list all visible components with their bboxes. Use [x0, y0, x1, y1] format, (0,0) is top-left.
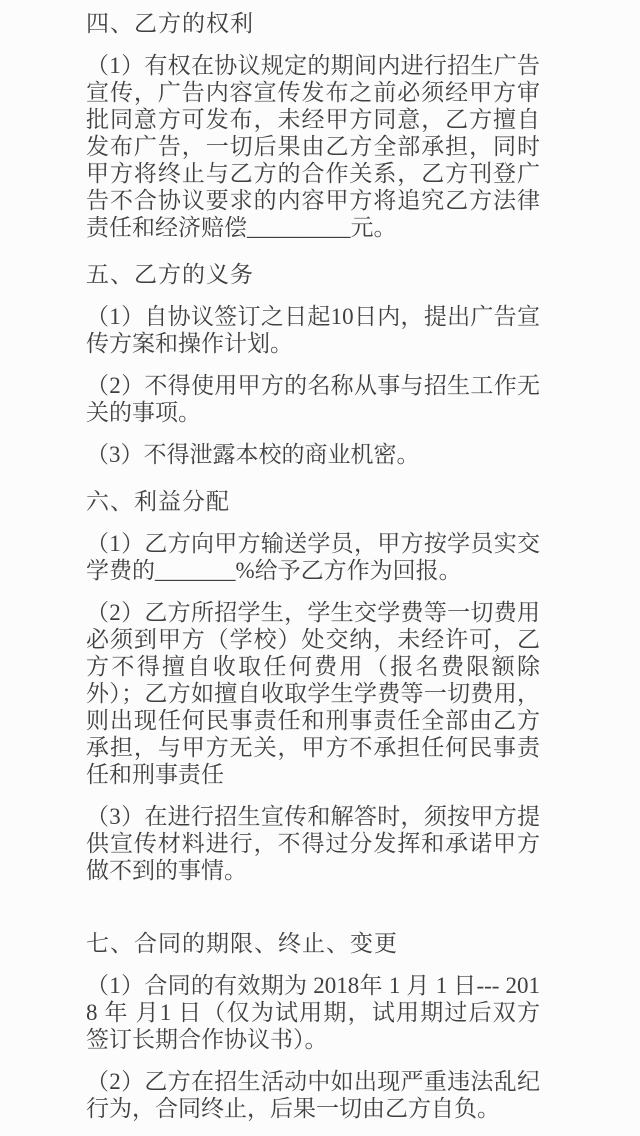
paragraph-profit-3: （3）在进行招生宣传和解答时，须按甲方提供宣传材料进行，不得过分发挥和承诺甲方做… — [86, 803, 540, 884]
paragraph-obligations-3: （3）不得泄露本校的商业机密。 — [86, 441, 540, 468]
paragraph-term-1: （1）合同的有效期为 2018年 1 月 1 日--- 2018 年 月1 日（… — [86, 972, 540, 1053]
paragraph-profit-2: （2）乙方所招学生，学生交学费等一切费用必须到甲方（学校）处交纳，未经许可，乙方… — [86, 599, 540, 788]
paragraph-rights-1: （1）有权在协议规定的期间内进行招生广告宣传，广告内容宣传发布之前必须经甲方审批… — [86, 52, 540, 241]
paragraph-term-2: （2）乙方在招生活动中如出现严重违法乱纪行为，合同终止，后果一切由乙方自负。 — [86, 1068, 540, 1122]
section-heading-profit-distribution: 六、利益分配 — [86, 488, 540, 515]
section-heading-party-b-rights: 四、乙方的权利 — [86, 10, 540, 37]
section-heading-party-b-obligations: 五、乙方的义务 — [86, 261, 540, 288]
paragraph-obligations-2: （2）不得使用甲方的名称从事与招生工作无关的事项。 — [86, 372, 540, 426]
paragraph-obligations-1: （1）自协议签订之日起10日内，提出广告宣传方案和操作计划。 — [86, 303, 540, 357]
paragraph-profit-1: （1）乙方向甲方输送学员，甲方按学员实交学费的_______%给予乙方作为回报。 — [86, 530, 540, 584]
contract-document-page: 四、乙方的权利 （1）有权在协议规定的期间内进行招生广告宣传，广告内容宣传发布之… — [0, 0, 640, 1136]
section-heading-contract-term: 七、合同的期限、终止、变更 — [86, 930, 540, 957]
